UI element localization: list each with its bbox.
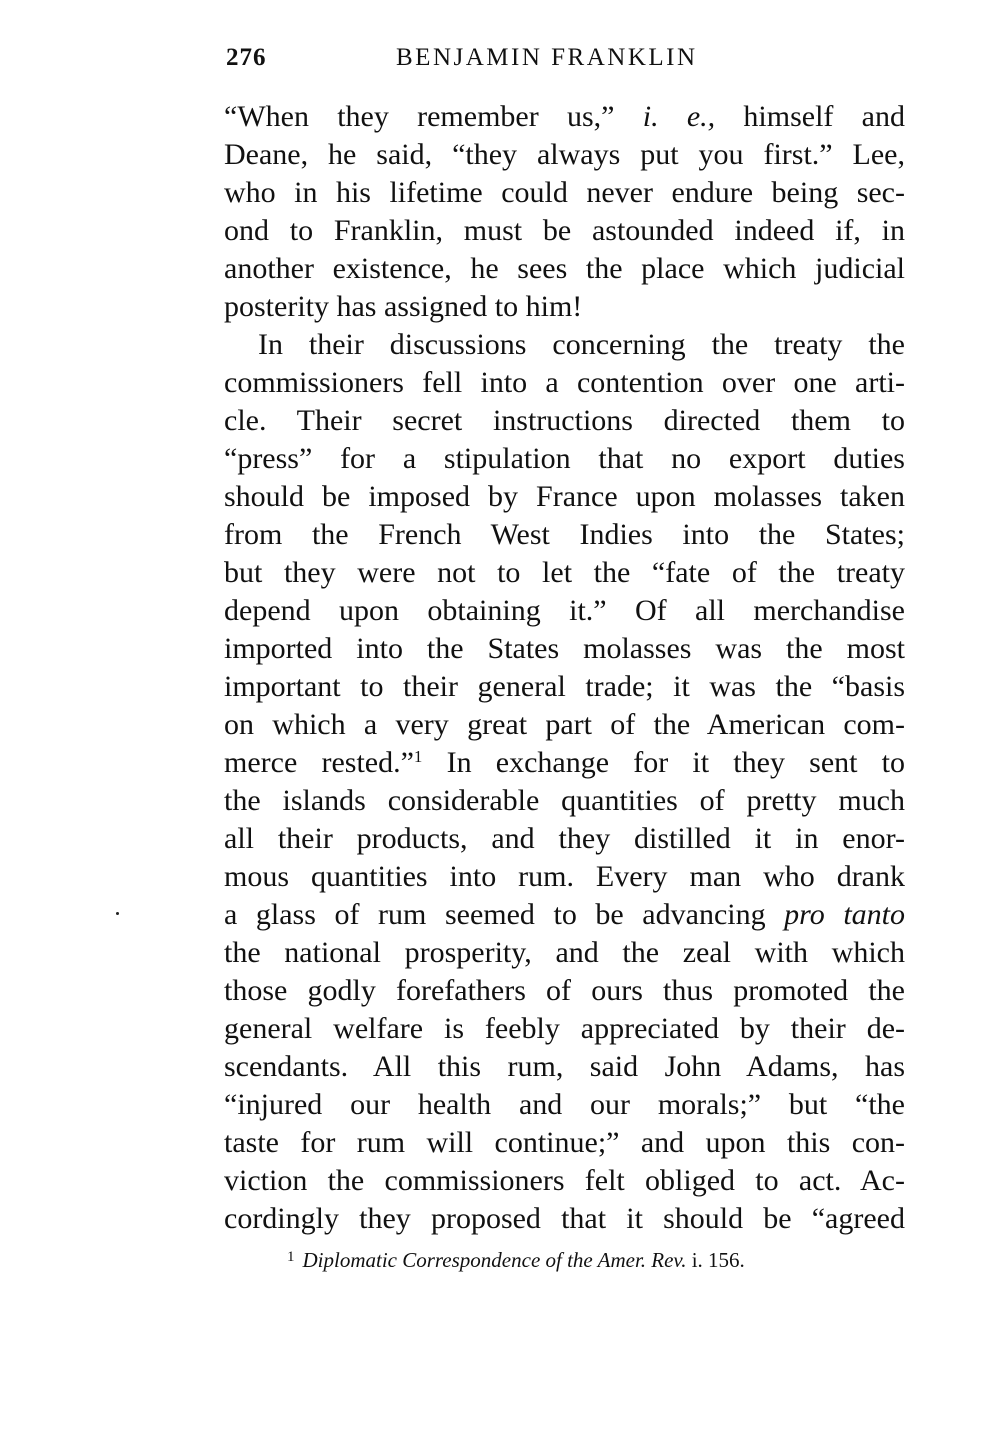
footnote: 1Diplomatic Correspondence of the Amer. …: [287, 1248, 745, 1273]
text-line: commissioners fell into a contention ove…: [224, 364, 905, 402]
text-line: should be imposed by France upon molasse…: [224, 478, 905, 516]
text-line: ond to Franklin, must be astounded indee…: [224, 212, 905, 250]
text-line: mous quantities into rum. Every man who …: [224, 858, 905, 896]
running-header: 276 BENJAMIN FRANKLIN: [226, 44, 906, 80]
text-line: the islands considerable quantities of p…: [224, 782, 905, 820]
text-line: a glass of rum seemed to be advancing pr…: [224, 896, 905, 934]
text-line: “When they remember us,” i. e., himself …: [224, 98, 905, 136]
text-line: all their products, and they distilled i…: [224, 820, 905, 858]
text-line: who in his lifetime could never endure b…: [224, 174, 905, 212]
text-line: important to their general trade; it was…: [224, 668, 905, 706]
text-line: general welfare is feebly appreciated by…: [224, 1010, 905, 1048]
text-line: but they were not to let the “fate of th…: [224, 554, 905, 592]
italic-abbrev: i. e.,: [643, 100, 715, 133]
text-line: those godly forefathers of ours thus pro…: [224, 972, 905, 1010]
footnote-marker: 1: [287, 1249, 295, 1265]
paragraph-start-line: In their discussions concerning the trea…: [224, 326, 905, 364]
text-line: Deane, he said, “they always put you fir…: [224, 136, 905, 174]
page-number: 276: [226, 44, 267, 72]
text-line: depend upon obtaining it.” Of all mercha…: [224, 592, 905, 630]
text-line: taste for rum will continue;” and upon t…: [224, 1124, 905, 1162]
text-line: from the French West Indies into the Sta…: [224, 516, 905, 554]
body-text: “When they remember us,” i. e., himself …: [224, 98, 905, 1238]
text-line: imported into the States molasses was th…: [224, 630, 905, 668]
text-line: on which a very great part of the Americ…: [224, 706, 905, 744]
running-title: BENJAMIN FRANKLIN: [396, 44, 698, 72]
footnote-source-title: Diplomatic Correspondence of the Amer. R…: [303, 1248, 687, 1272]
book-page: 276 BENJAMIN FRANKLIN “When they remembe…: [0, 0, 1000, 1433]
text-line: “injured our health and our morals;” but…: [224, 1086, 905, 1124]
text-line: the national prosperity, and the zeal wi…: [224, 934, 905, 972]
scan-speck: [116, 912, 119, 915]
italic-phrase: pro tanto: [784, 898, 905, 931]
text-line: viction the commissioners felt obliged t…: [224, 1162, 905, 1200]
text-line: another existence, he sees the place whi…: [224, 250, 905, 288]
text-line: merce rested.”1 In exchange for it they …: [224, 744, 905, 782]
text-line: cordingly they proposed that it should b…: [224, 1200, 905, 1238]
text-line: posterity has assigned to him!: [224, 288, 905, 326]
text-line: “press” for a stipulation that no export…: [224, 440, 905, 478]
text-line: cle. Their secret instructions directed …: [224, 402, 905, 440]
text-line: scendants. All this rum, said John Adams…: [224, 1048, 905, 1086]
footnote-reference-text: i. 156.: [686, 1248, 744, 1272]
